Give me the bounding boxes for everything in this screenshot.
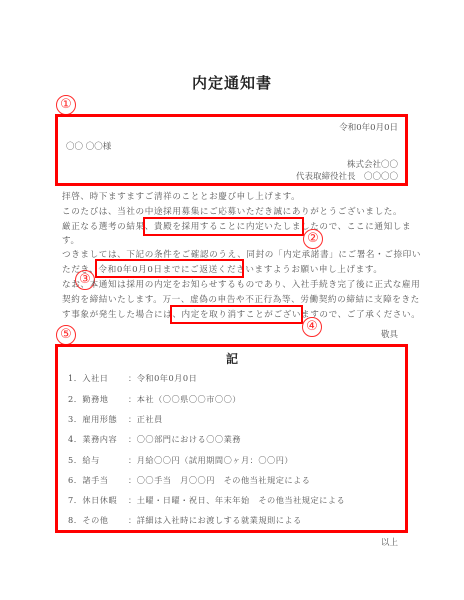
detail-value: ：〇〇部門における〇〇業務 [128,434,241,445]
detail-label: 2．勤務地 [68,394,108,405]
annotation-marker-1: ① [56,95,76,115]
detail-value: ：月給〇〇円（試用期間〇ヶ月：〇〇円） [128,455,293,466]
closing-keigu: 敬具 [381,328,398,340]
detail-item: 2．勤務地 ：本社（〇〇県〇〇市〇〇） [68,394,388,406]
annotation-marker-2: ② [303,229,323,249]
detail-label: 3．雇用形態 [68,414,117,425]
body-line: す。 [62,234,80,246]
detail-item: 6．諸手当 ：〇〇手当 月〇〇円 その他当社規定による [68,475,388,487]
detail-label: 5．給与 [68,455,100,466]
detail-label: 8．その他 [68,515,108,526]
annotation-box-4 [170,305,303,324]
document-title: 内定通知書 [0,72,464,93]
annotation-marker-4: ④ [302,317,322,337]
detail-item: 7．休日休暇 ：土曜・日曜・祝日、年末年始 その他当社規定による [68,495,388,507]
annotation-marker-5: ⑤ [56,325,76,345]
closing-ijou: 以上 [381,536,398,548]
issue-date: 令和0年0月0日 [339,121,398,133]
detail-item: 5．給与 ：月給〇〇円（試用期間〇ヶ月：〇〇円） [68,455,388,467]
detail-item: 1．入社日 ：令和0年0月0日 [68,373,388,385]
body-line: 契約を締結いたします。万一、虚偽の申告や不正行為等、労働契約の締結に支障をきた [62,293,420,305]
detail-value: ：詳細は入社時にお渡しする就業規則による [128,515,302,526]
detail-label: 6．諸手当 [68,475,108,486]
detail-item: 3．雇用形態 ：正社員 [68,414,388,426]
detail-value: ：土曜・日曜・祝日、年末年始 その他当社規定による [128,495,345,506]
detail-value: ：正社員 [128,414,163,425]
detail-value: ：本社（〇〇県〇〇市〇〇） [128,394,241,405]
annotation-box-3 [95,259,244,278]
detail-value: ：令和0年0月0日 [128,373,197,384]
recipient-name: 〇〇 〇〇様 [66,140,111,152]
company-name: 株式会社〇〇 [347,158,398,170]
annotation-box-2 [143,217,304,236]
representative-name: 代表取締役社長 〇〇〇〇 [296,170,398,182]
detail-label: 4．業務内容 [68,434,117,445]
details-heading: 記 [0,350,464,367]
detail-item: 8．その他 ：詳細は入社時にお渡しする就業規則による [68,515,388,527]
detail-label: 1．入社日 [68,373,108,384]
body-line: 拝啓、時下ますますご清祥のこととお慶び申し上げます。 [62,190,300,202]
detail-label: 7．休日休暇 [68,495,117,506]
detail-item: 4．業務内容 ：〇〇部門における〇〇業務 [68,434,388,446]
detail-value: ：〇〇手当 月〇〇円 その他当社規定による [128,475,310,486]
body-line: なお、本通知は採用の内定をお知らせするものであり、入社手続き完了後に正式な雇用 [62,278,420,290]
body-line: このたびは、当社の中途採用募集にご応募いただき誠にありがとうございました。 [62,205,402,217]
